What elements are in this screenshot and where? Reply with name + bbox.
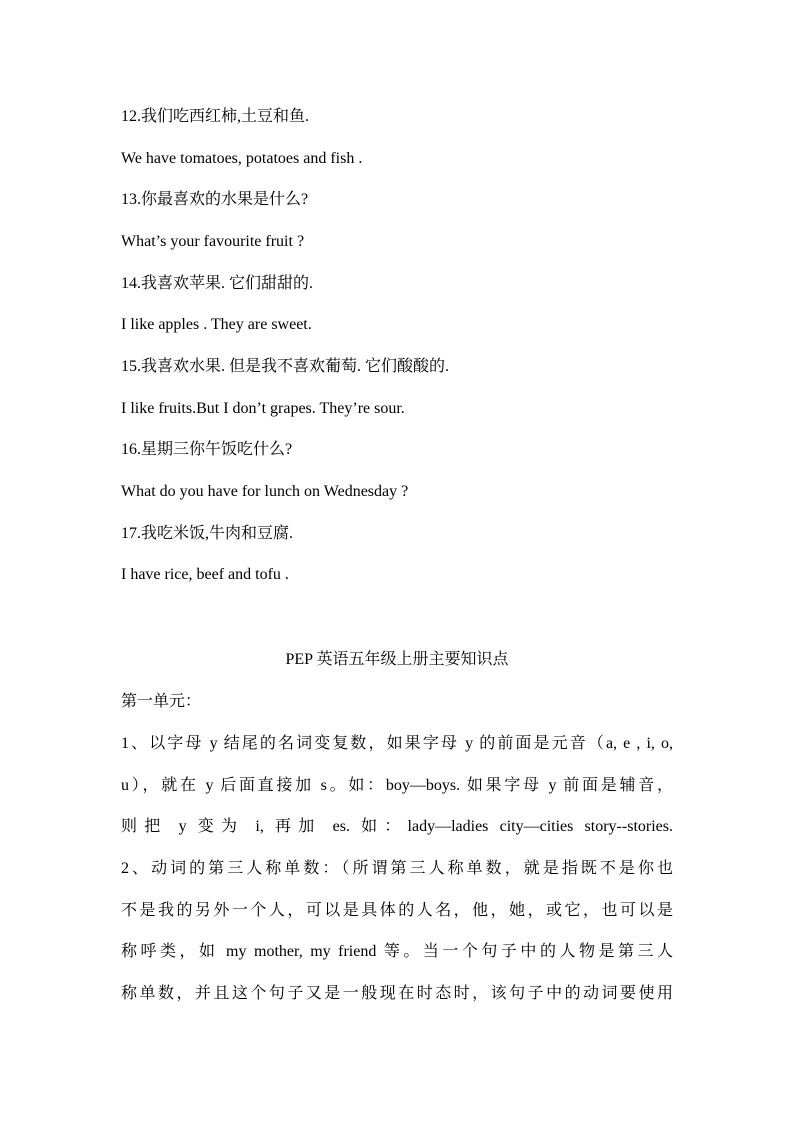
paragraph-line: 称呼类，如 my mother, my friend 等。当一个句子中的人物是第… xyxy=(121,942,673,962)
sentence-13-chinese: 13.你最喜欢的水果是什么? xyxy=(121,190,308,210)
sentence-16-english: What do you have for lunch on Wednesday … xyxy=(121,482,408,502)
sentence-12-english: We have tomatoes, potatoes and fish . xyxy=(121,149,362,169)
unit-heading: 第一单元： xyxy=(121,692,201,712)
sentence-13-english: What’s your favourite fruit ? xyxy=(121,232,304,252)
paragraph-line: 1、以字母 y 结尾的名词变复数，如果字母 y 的前面是元音（a, e , i,… xyxy=(121,734,673,754)
paragraph-line: 称单数，并且这个句子又是一般现在时态时，该句子中的动词要使用 xyxy=(121,984,673,1004)
sentence-12-chinese: 12.我们吃西红柿,土豆和鱼. xyxy=(121,107,309,127)
sentence-17-chinese: 17.我吃米饭,牛肉和豆腐. xyxy=(121,524,293,544)
sentence-15-english: I like fruits.But I don’t grapes. They’r… xyxy=(121,399,405,419)
paragraph-line: 则把 y 变为 i, 再加 es. 如：lady—ladies city—cit… xyxy=(121,817,673,837)
paragraph-line: u），就在 y 后面直接加 s。如：boy—boys. 如果字母 y 前面是辅音… xyxy=(121,776,673,796)
sentence-16-chinese: 16.星期三你午饭吃什么? xyxy=(121,440,292,460)
sentence-14-english: I like apples . They are sweet. xyxy=(121,315,312,335)
paragraph-line: 2、动词的第三人称单数：（所谓第三人称单数，就是指既不是你也 xyxy=(121,859,673,879)
section-title: PEP 英语五年级上册主要知识点 xyxy=(121,650,673,670)
sentence-15-chinese: 15.我喜欢水果. 但是我不喜欢葡萄. 它们酸酸的. xyxy=(121,357,449,377)
sentence-14-chinese: 14.我喜欢苹果. 它们甜甜的. xyxy=(121,274,313,294)
sentence-17-english: I have rice, beef and tofu . xyxy=(121,565,289,585)
paragraph-line: 不是我的另外一个人，可以是具体的人名，他，她，或它，也可以是 xyxy=(121,901,673,921)
